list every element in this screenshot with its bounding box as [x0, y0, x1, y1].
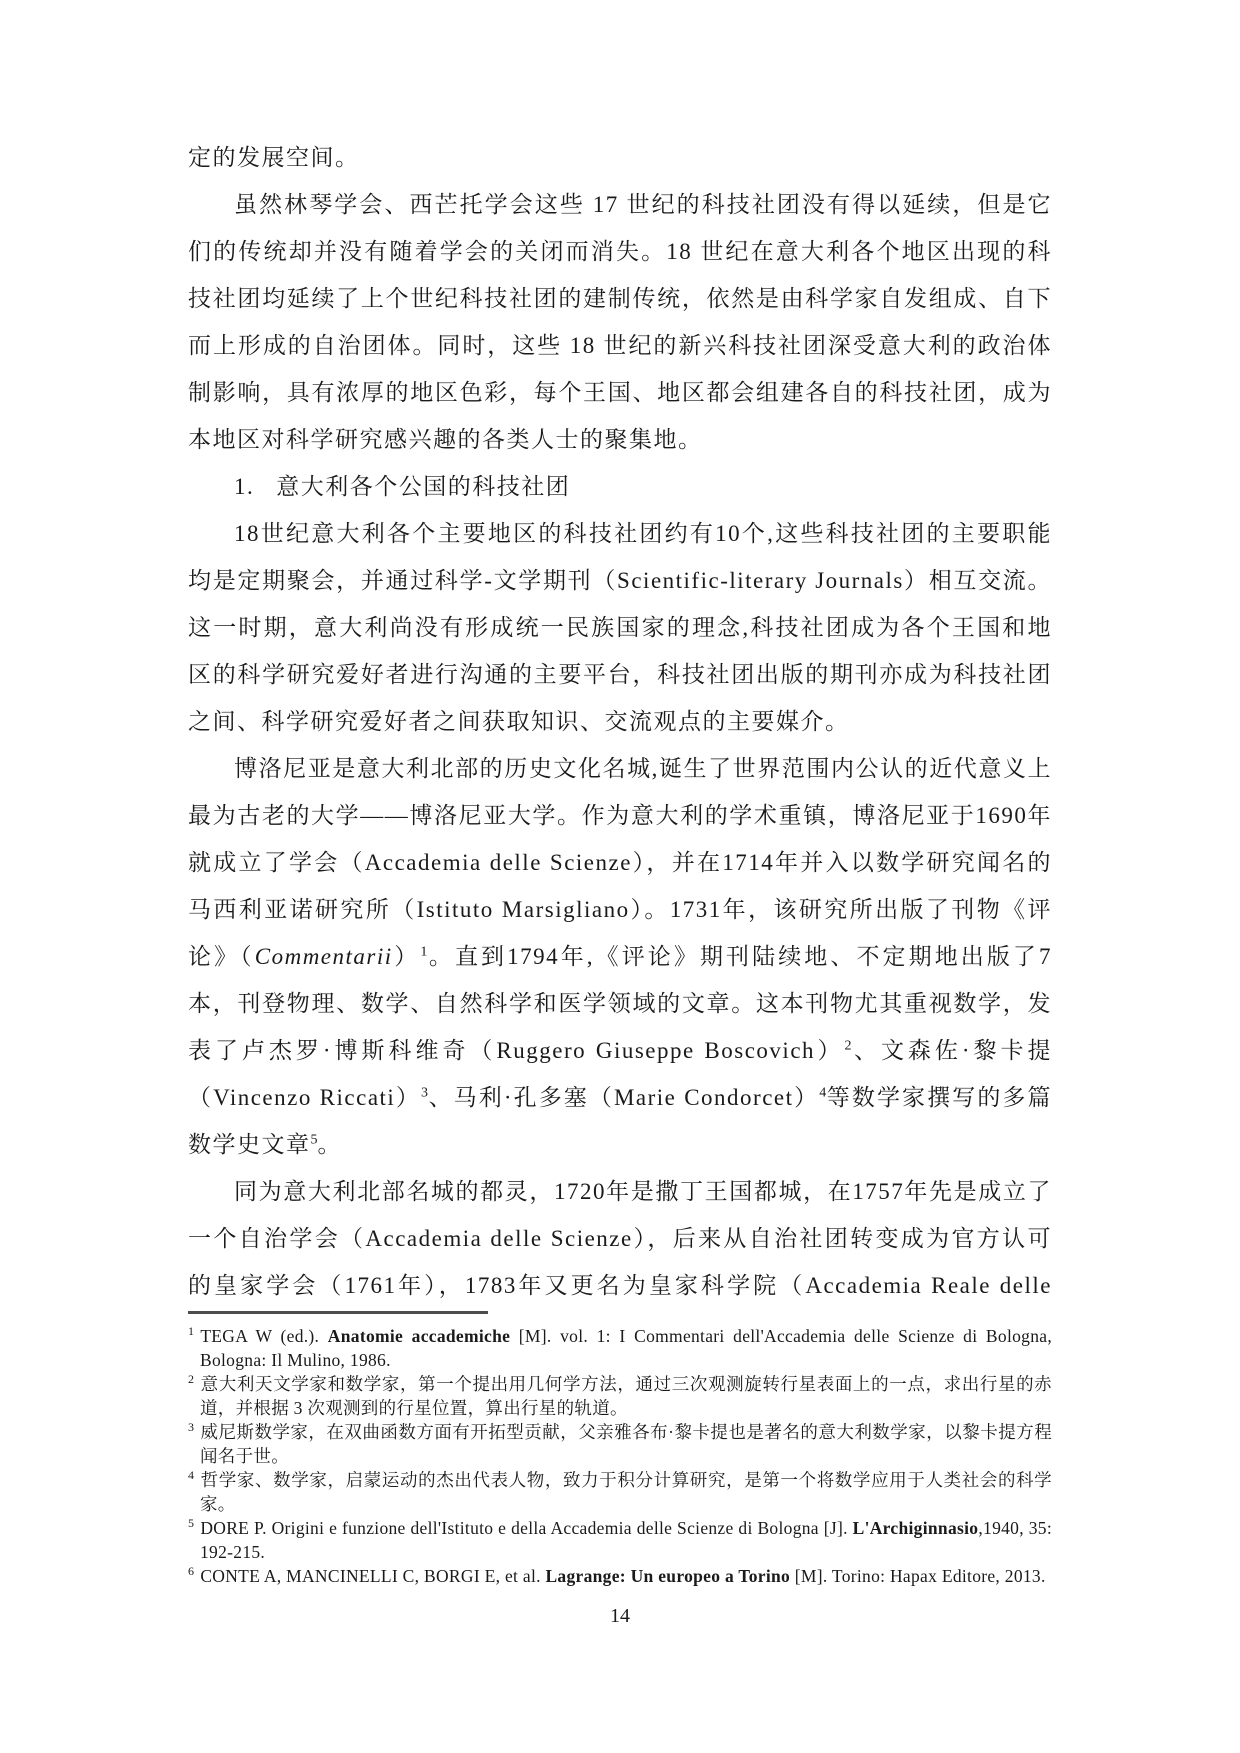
text-run: 定的发展空间。 [188, 145, 360, 170]
footnote: 1TEGA W (ed.). Anatomie accademiche [M].… [188, 1324, 1052, 1372]
footnote-marker: 3 [188, 1420, 194, 1434]
footnote: 5DORE P. Origini e funzione dell'Istitut… [188, 1516, 1052, 1564]
document-page: 定的发展空间。虽然林琴学会、西芒托学会这些 17 世纪的科技社团没有得以延续，但… [0, 0, 1240, 1753]
footnote-text-run: DORE P. Origini e funzione dell'Istituto… [200, 1518, 852, 1538]
page-number: 14 [0, 1601, 1240, 1631]
text-run: 博洛尼亚是意大利北部的历史文化名城,诞生了世界范围内公认的近代意义上最为古老的大… [188, 756, 1052, 969]
heading-number: 1. [234, 474, 254, 499]
paragraph: 定的发展空间。 [188, 134, 1052, 181]
text-run: 。 [318, 1132, 343, 1157]
heading-title: 意大利各个公国的科技社团 [276, 474, 570, 499]
paragraph: 虽然林琴学会、西芒托学会这些 17 世纪的科技社团没有得以延续，但是它们的传统却… [188, 181, 1052, 463]
text-run: 18世纪意大利各个主要地区的科技社团约有10个,这些科技社团的主要职能均是定期聚… [188, 521, 1052, 734]
footnote-reference: 3 [421, 1085, 428, 1100]
footnote: 6CONTE A, MANCINELLI C, BORGI E, et al. … [188, 1564, 1052, 1588]
text-run: 虽然林琴学会、西芒托学会这些 17 世纪的科技社团没有得以延续，但是它们的传统却… [188, 192, 1052, 452]
footnotes-section: 1TEGA W (ed.). Anatomie accademiche [M].… [188, 1311, 1052, 1588]
paragraph: 博洛尼亚是意大利北部的历史文化名城,诞生了世界范围内公认的近代意义上最为古老的大… [188, 745, 1052, 1168]
footnote-marker: 1 [188, 1324, 194, 1338]
footnote-text-run: Anatomie accademiche [328, 1326, 510, 1346]
footnote: 2意大利天文学家和数学家，第一个提出用几何学方法，通过三次观测旋转行星表面上的一… [188, 1372, 1052, 1420]
footnote-list: 1TEGA W (ed.). Anatomie accademiche [M].… [188, 1324, 1052, 1588]
footnote-marker: 6 [188, 1564, 194, 1578]
footnote-text-run: [M]. Torino: Hapax Editore, 2013. [790, 1566, 1046, 1586]
text-run: 同为意大利北部名城的都灵，1720年是撒丁王国都城，在1757年先是成立了一个自… [188, 1179, 1052, 1300]
footnote: 4哲学家、数学家，启蒙运动的杰出代表人物，致力于积分计算研究，是第一个将数学应用… [188, 1468, 1052, 1516]
footnote-marker: 4 [188, 1468, 194, 1482]
footnote-text-run: TEGA W (ed.). [200, 1326, 327, 1346]
footnote-text-run: CONTE A, MANCINELLI C, BORGI E, et al. [200, 1566, 545, 1586]
paragraph: 同为意大利北部名城的都灵，1720年是撒丁王国都城，在1757年先是成立了一个自… [188, 1168, 1052, 1300]
footnote-reference: 2 [845, 1038, 852, 1053]
footnote-separator [188, 1311, 488, 1314]
footnote-marker: 2 [188, 1372, 194, 1386]
text-run: 、马利·孔多塞（Marie Condorcet） [428, 1085, 819, 1110]
paragraph: 18世纪意大利各个主要地区的科技社团约有10个,这些科技社团的主要职能均是定期聚… [188, 510, 1052, 745]
footnote-marker: 5 [188, 1516, 194, 1530]
footnote-text-run: 哲学家、数学家，启蒙运动的杰出代表人物，致力于积分计算研究，是第一个将数学应用于… [200, 1470, 1052, 1514]
footnote-text-run: 威尼斯数学家，在双曲函数方面有开拓型贡献，父亲雅各布·黎卡提也是著名的意大利数学… [200, 1422, 1052, 1466]
text-run: ） [393, 944, 421, 969]
text-run: Commentarii [255, 944, 393, 969]
footnote: 3威尼斯数学家，在双曲函数方面有开拓型贡献，父亲雅各布·黎卡提也是著名的意大利数… [188, 1420, 1052, 1468]
footnote-text-run: Lagrange: Un europeo a Torino [545, 1566, 790, 1586]
footnote-reference: 5 [311, 1132, 318, 1147]
document-body: 定的发展空间。虽然林琴学会、西芒托学会这些 17 世纪的科技社团没有得以延续，但… [0, 0, 1240, 1300]
footnote-text-run: L'Archiginnasio [853, 1518, 979, 1538]
section-heading: 1.意大利各个公国的科技社团 [188, 463, 1052, 510]
footnote-text-run: 意大利天文学家和数学家，第一个提出用几何学方法，通过三次观测旋转行星表面上的一点… [200, 1374, 1052, 1418]
